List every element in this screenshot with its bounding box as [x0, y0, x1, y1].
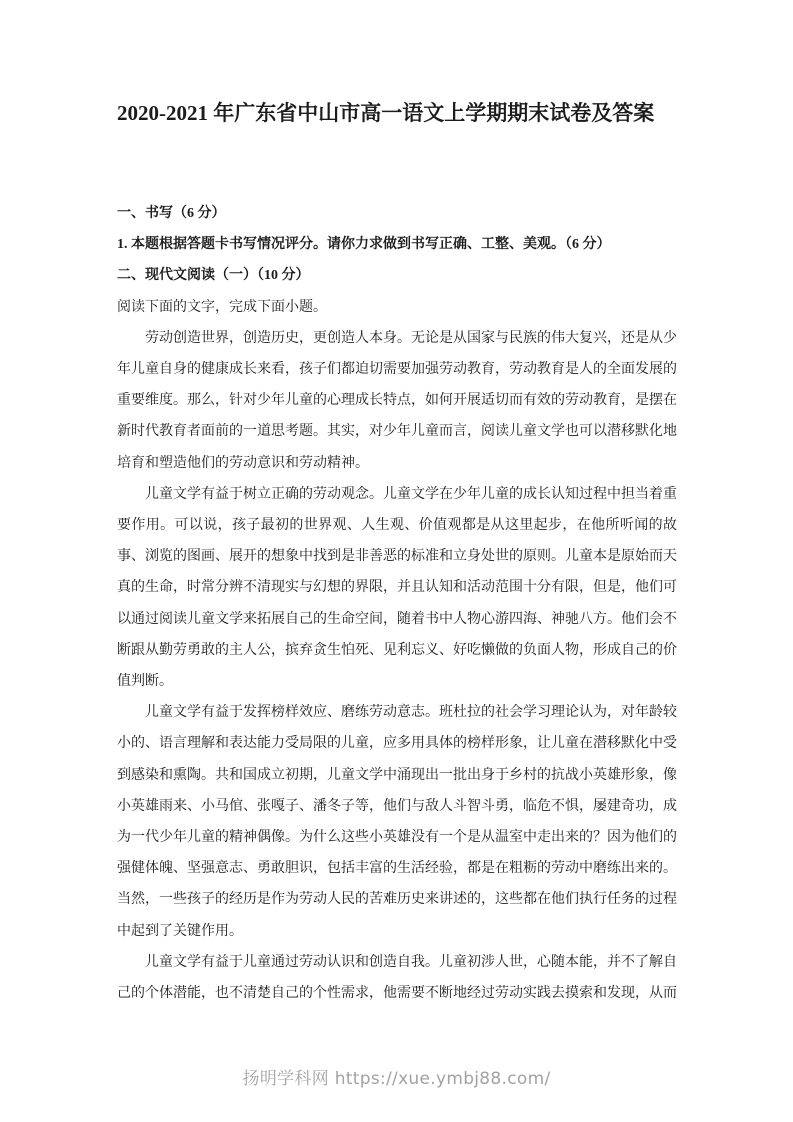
- passage-paragraph: 劳动创造世界，创造历史，更创造人本身。无论是从国家与民族的伟大复兴，还是从少年儿…: [117, 323, 677, 479]
- page-title: 2020-2021 年广东省中山市高一语文上学期期末试卷及答案: [117, 96, 677, 130]
- title-spacer: [117, 130, 677, 198]
- site-watermark-footer: 扬明学科网 https://xue.ymbj88.com/: [0, 1064, 793, 1089]
- section-heading-modern-reading: 二、现代文阅读（一）（10 分）: [117, 260, 677, 291]
- passage-paragraph: 儿童文学有益于发挥榜样效应、磨练劳动意志。班杜拉的社会学习理论认为，对年龄较小的…: [117, 697, 677, 947]
- question-writing-instructions: 1. 本题根据答题卡书写情况评分。请你力求做到书写正确、工整、美观。（6 分）: [117, 229, 677, 260]
- site-url: https://xue.ymbj88.com/: [335, 1069, 551, 1089]
- section-heading-writing: 一、书写（6 分）: [117, 198, 677, 229]
- exam-page-content: 2020-2021 年广东省中山市高一语文上学期期末试卷及答案 一、书写（6 分…: [117, 0, 677, 1009]
- passage-paragraph: 儿童文学有益于儿童通过劳动认识和创造自我。儿童初涉人世，心随本能，并不了解自己的…: [117, 947, 677, 1009]
- passage-paragraph: 儿童文学有益于树立正确的劳动观念。儿童文学在少年儿童的成长认知过程中担当着重要作…: [117, 479, 677, 697]
- site-name: 扬明学科网: [243, 1069, 330, 1089]
- reading-instruction: 阅读下面的文字，完成下面小题。: [117, 292, 677, 323]
- reading-passage: 劳动创造世界，创造历史，更创造人本身。无论是从国家与民族的伟大复兴，还是从少年儿…: [117, 323, 677, 1009]
